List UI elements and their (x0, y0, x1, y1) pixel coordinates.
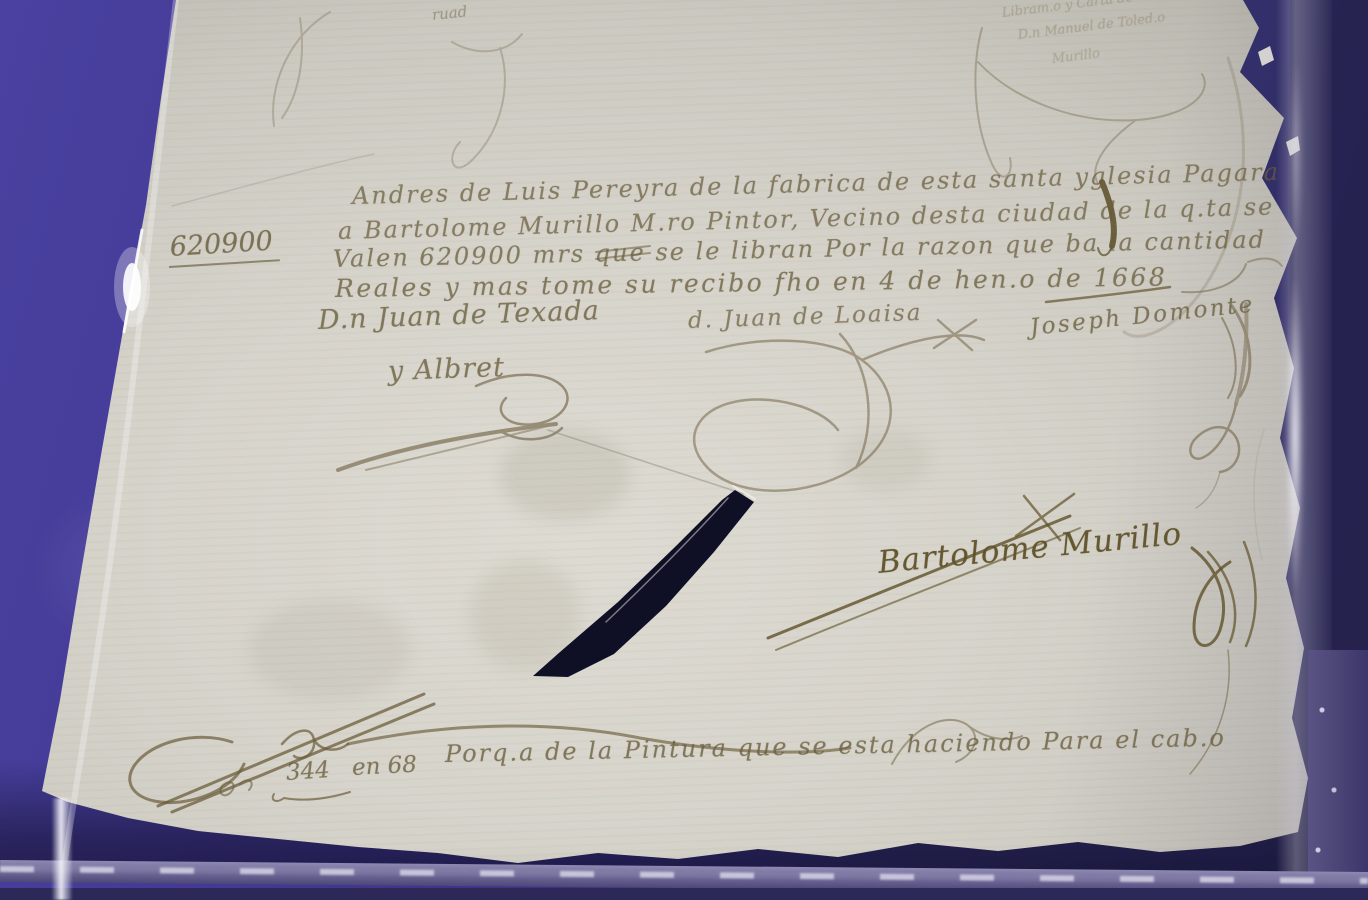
case-corner-post-left (52, 798, 72, 900)
paper-tear (533, 486, 755, 677)
case-edge-left-highlight (62, 0, 176, 880)
top-fragment-text: ruad (431, 2, 468, 24)
loaisa-flourish (694, 320, 984, 491)
margin-archive-number: 620900 (167, 225, 280, 268)
museum-display-photo: ruad Libram.o y Carta de D.n Manuel de T… (0, 0, 1368, 900)
texada-rubric (338, 375, 568, 470)
ink-flourish-layer (0, 0, 1368, 900)
case-edge-right-highlight (1287, 280, 1303, 590)
signature-texada-line2: y Albret (387, 352, 505, 387)
footer-number: 344 (285, 757, 331, 786)
tear-opening (533, 490, 754, 677)
case-shelf-bottom (0, 888, 1368, 900)
topleft-flourish (273, 12, 522, 168)
case-edge-right-highlight-faint (1290, 60, 1302, 250)
case-corner-post-right (1308, 650, 1368, 900)
footer-year: en 68 (351, 752, 417, 781)
domonte-rubric (1190, 304, 1250, 508)
